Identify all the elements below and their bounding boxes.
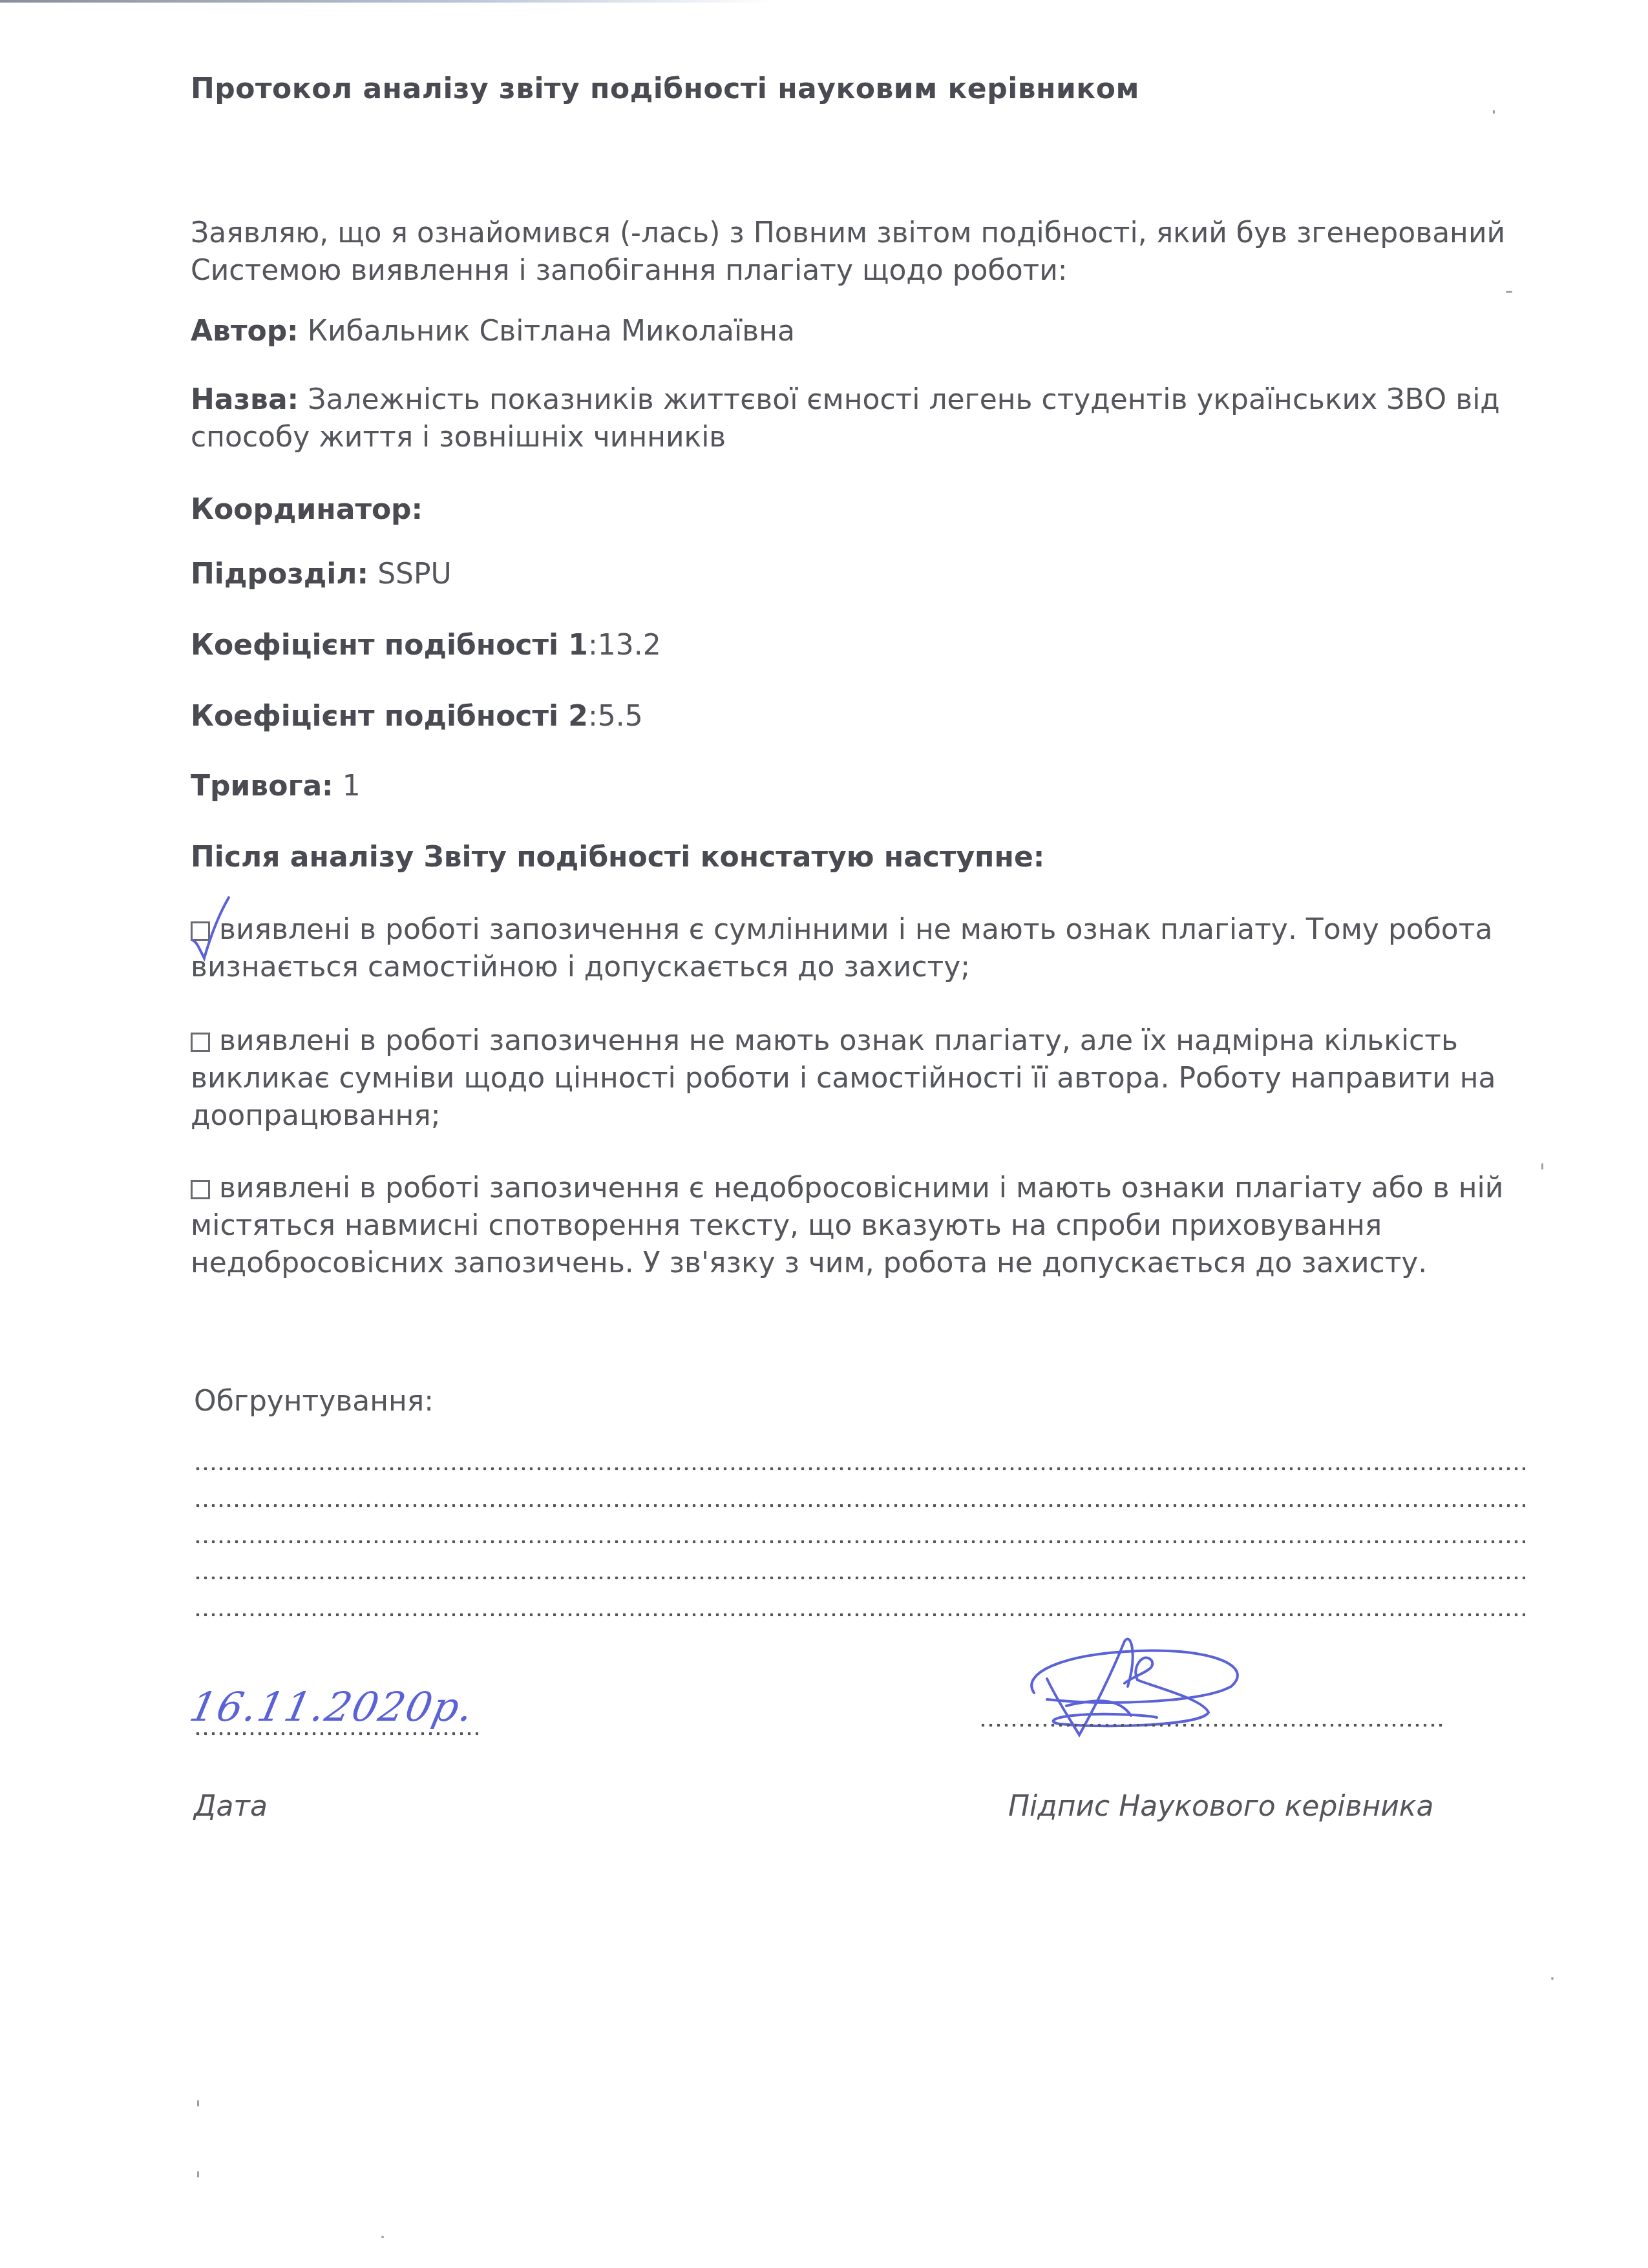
scan-speck (197, 2171, 199, 2178)
field-similarity-2-value: :5.5 (588, 700, 643, 733)
field-similarity-1-label: Коефіцієнт подібності 1 (191, 629, 588, 662)
option-conscientious[interactable]: виявлені в роботі запозичення є сумлінни… (191, 911, 1548, 986)
field-title: Назва: Залежність показників життєвої єм… (191, 381, 1535, 456)
scan-speck (1551, 1977, 1554, 1980)
justification-line[interactable] (194, 1576, 1525, 1580)
signature-label: Підпис Наукового керівника (1008, 1790, 1433, 1823)
date-field-line[interactable] (194, 1732, 478, 1736)
justification-line[interactable] (194, 1467, 1525, 1471)
option-revision[interactable]: виявлені в роботі запозичення не мають о… (191, 1022, 1548, 1135)
field-author-value: Кибальник Світлана Миколаївна (299, 315, 795, 348)
scan-speck (197, 2100, 199, 2106)
option-plagiarism-text: виявлені в роботі запозичення є недоброс… (191, 1171, 1503, 1279)
checkbox-plagiarism[interactable] (191, 1180, 210, 1199)
field-title-label: Назва: (191, 383, 299, 416)
field-similarity-2-label: Коефіцієнт подібності 2 (191, 700, 588, 733)
handwritten-check-icon (190, 895, 235, 963)
intro-statement: Заявляю, що я ознайомився (-лась) з Повн… (191, 215, 1548, 289)
signature-field-line[interactable] (979, 1723, 1444, 1727)
field-title-value: Залежність показників життєвої ємності л… (191, 383, 1500, 454)
conclusion-heading: Після аналізу Звіту подібності констатую… (191, 839, 1548, 876)
field-coordinator-label: Координатор: (191, 493, 423, 526)
justification-line[interactable] (194, 1504, 1525, 1507)
justification-line[interactable] (194, 1613, 1525, 1617)
document-title: Протокол аналізу звіту подібності науков… (191, 72, 1139, 105)
option-revision-text: виявлені в роботі запозичення не мають о… (191, 1024, 1496, 1132)
scan-speck (1506, 291, 1512, 293)
field-similarity-1: Коефіцієнт подібності 1:13.2 (191, 627, 1548, 664)
field-coordinator: Координатор: (191, 491, 1548, 529)
field-alert: Тривога: 1 (191, 768, 1548, 805)
field-department-value: SSPU (368, 558, 452, 591)
option-conscientious-text: виявлені в роботі запозичення є сумлінни… (191, 913, 1492, 983)
date-value: 16.11.2020р. (185, 1683, 479, 1730)
checkbox-revision[interactable] (191, 1033, 210, 1052)
field-similarity-1-value: :13.2 (588, 629, 661, 662)
protocol-page: Протокол аналізу звіту подібності науков… (0, 0, 1648, 2268)
field-department: Підрозділ: SSPU (191, 556, 1548, 593)
field-similarity-2: Коефіцієнт подібності 2:5.5 (191, 698, 1548, 735)
signature-icon (1008, 1635, 1280, 1745)
date-label: Дата (194, 1790, 268, 1823)
scan-speck (1493, 110, 1495, 114)
field-author-label: Автор: (191, 315, 299, 348)
field-alert-value: 1 (333, 770, 361, 803)
justification-line[interactable] (194, 1540, 1525, 1544)
scan-speck (1541, 1163, 1543, 1170)
scan-speck (381, 2236, 384, 2238)
option-plagiarism[interactable]: виявлені в роботі запозичення є недоброс… (191, 1170, 1548, 1282)
field-alert-label: Тривога: (191, 770, 333, 803)
justification-label: Обгрунтування: (194, 1383, 434, 1420)
field-author: Автор: Кибальник Світлана Миколаївна (191, 313, 1548, 350)
field-department-label: Підрозділ: (191, 558, 368, 591)
